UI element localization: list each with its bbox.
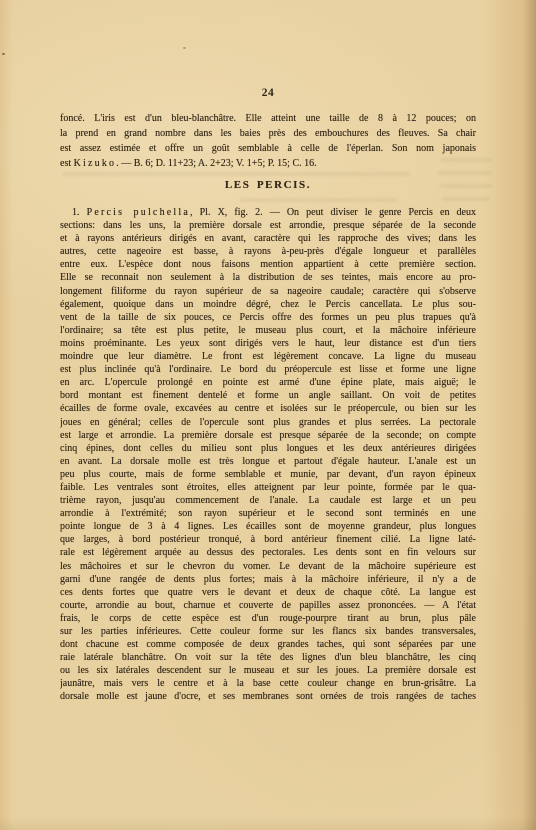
text-line: foncé. L'iris est d'un bleu-blanchâtre. … <box>60 111 476 126</box>
text-line: en avant. La dorsale molle est très long… <box>60 455 476 468</box>
scanned-book-page: 24 foncé. L'iris est d'un bleu-blanchâtr… <box>0 0 536 830</box>
paper-speck <box>2 53 5 55</box>
text-line: 1. Percis pulchella, Pl. X, fig. 2. — On… <box>60 206 476 219</box>
bleedthrough-smudge <box>240 198 396 202</box>
text-line: ou les six latérales descendent sur le m… <box>60 664 476 677</box>
paper-speck <box>183 47 186 49</box>
text-line: que larges, à bord postérieur tronqué, à… <box>60 533 476 546</box>
text-segment: 1. <box>72 207 87 218</box>
page-number: 24 <box>60 87 476 99</box>
text-line: est assez estimée et offre un goût sembl… <box>60 141 476 156</box>
bleedthrough-smudge <box>62 172 410 176</box>
text-segment: . — B. 6; D. 11+23; A. 2+23; V. 1+5; P. … <box>116 158 316 169</box>
text-line: l'ordinaire; sa tête est plus petite, le… <box>60 324 476 337</box>
text-line: entre eux. L'espèce dont nous faisons me… <box>60 258 476 271</box>
text-line: sections: dans les uns, la première dors… <box>60 219 476 232</box>
text-line: également, quoique dans un moindre dégré… <box>60 298 476 311</box>
text-line: la prend en grand nombre dans les baies … <box>60 126 476 141</box>
text-line: ces dents fortes que quatre vers le deva… <box>60 586 476 599</box>
text-line: dorsale molle est jaune d'ocre, et ses m… <box>60 690 476 703</box>
text-line: sur les parties inférieures. Cette coule… <box>60 625 476 638</box>
bleedthrough-smudge <box>438 171 492 175</box>
main-paragraph: 1. Percis pulchella, Pl. X, fig. 2. — On… <box>60 206 476 704</box>
text-segment: , Pl. X, fig. 2. — On peut diviser le ge… <box>190 207 476 218</box>
text-line: est Kizuko. — B. 6; D. 11+23; A. 2+23; V… <box>60 156 476 171</box>
text-line: bord montant est finement dentelé et for… <box>60 389 476 402</box>
text-line: vent de la taille de six pouces, ce Perc… <box>60 311 476 324</box>
text-line: moindre que leur diamètre. Le front est … <box>60 350 476 363</box>
text-line: pointe longue de 3 à 4 lignes. Les écail… <box>60 520 476 533</box>
text-line: Elle se reconnait non seulement à la dis… <box>60 271 476 284</box>
intro-paragraph: foncé. L'iris est d'un bleu-blanchâtre. … <box>60 111 476 171</box>
text-line: faible. Les ventrales sont étroites, ell… <box>60 481 476 494</box>
text-line: raie latérale blanchâtre. On voit sur la… <box>60 651 476 664</box>
text-line: en arc. L'opercule prolongé en pointe es… <box>60 376 476 389</box>
text-line: cinq épines, dont celles du milieu sont … <box>60 442 476 455</box>
text-line: est large et arrondie. La première dorsa… <box>60 429 476 442</box>
text-line: peu plus courte, mais de forme semblable… <box>60 468 476 481</box>
emphasized-species-name: Kizuko <box>74 158 117 169</box>
text-line: autres, cette nageoire est basse, à rayo… <box>60 245 476 258</box>
text-line: joues en général; celles de l'opercule s… <box>60 416 476 429</box>
text-line: longement filiforme du rayon supérieur d… <box>60 285 476 298</box>
text-line: les mâchoires et sur le chevron du vomer… <box>60 560 476 573</box>
text-line: arrondie à l'extrémité; son rayon supéri… <box>60 507 476 520</box>
text-segment: est <box>60 158 74 169</box>
text-line: courte, arrondie au bout, charnue et cou… <box>60 599 476 612</box>
bleedthrough-smudge <box>442 197 490 201</box>
emphasized-species-name: Percis pulchella <box>87 207 190 218</box>
text-line: trième rayon, jusqu'au commencement de l… <box>60 494 476 507</box>
text-line: écailles de forme ovale, excavées au cen… <box>60 402 476 415</box>
text-line: rale est légèrement arquée au dessus des… <box>60 546 476 559</box>
text-line: et à rayons antérieurs dirigés en avant,… <box>60 232 476 245</box>
section-heading: LES PERCIS. <box>60 179 476 191</box>
text-line: dont chacune est comme composée de deux … <box>60 638 476 651</box>
text-line: est plus inclinée qu'à l'ordinaire. Le b… <box>60 363 476 376</box>
text-line: jaunâtre, mais vers le centre et à la ba… <box>60 677 476 690</box>
text-line: garni d'une rangée de dents plus fortes;… <box>60 573 476 586</box>
text-line: moins proéminante. Les yeux sont dirigés… <box>60 337 476 350</box>
text-line: frais, le corps de cette espèce est d'un… <box>60 612 476 625</box>
